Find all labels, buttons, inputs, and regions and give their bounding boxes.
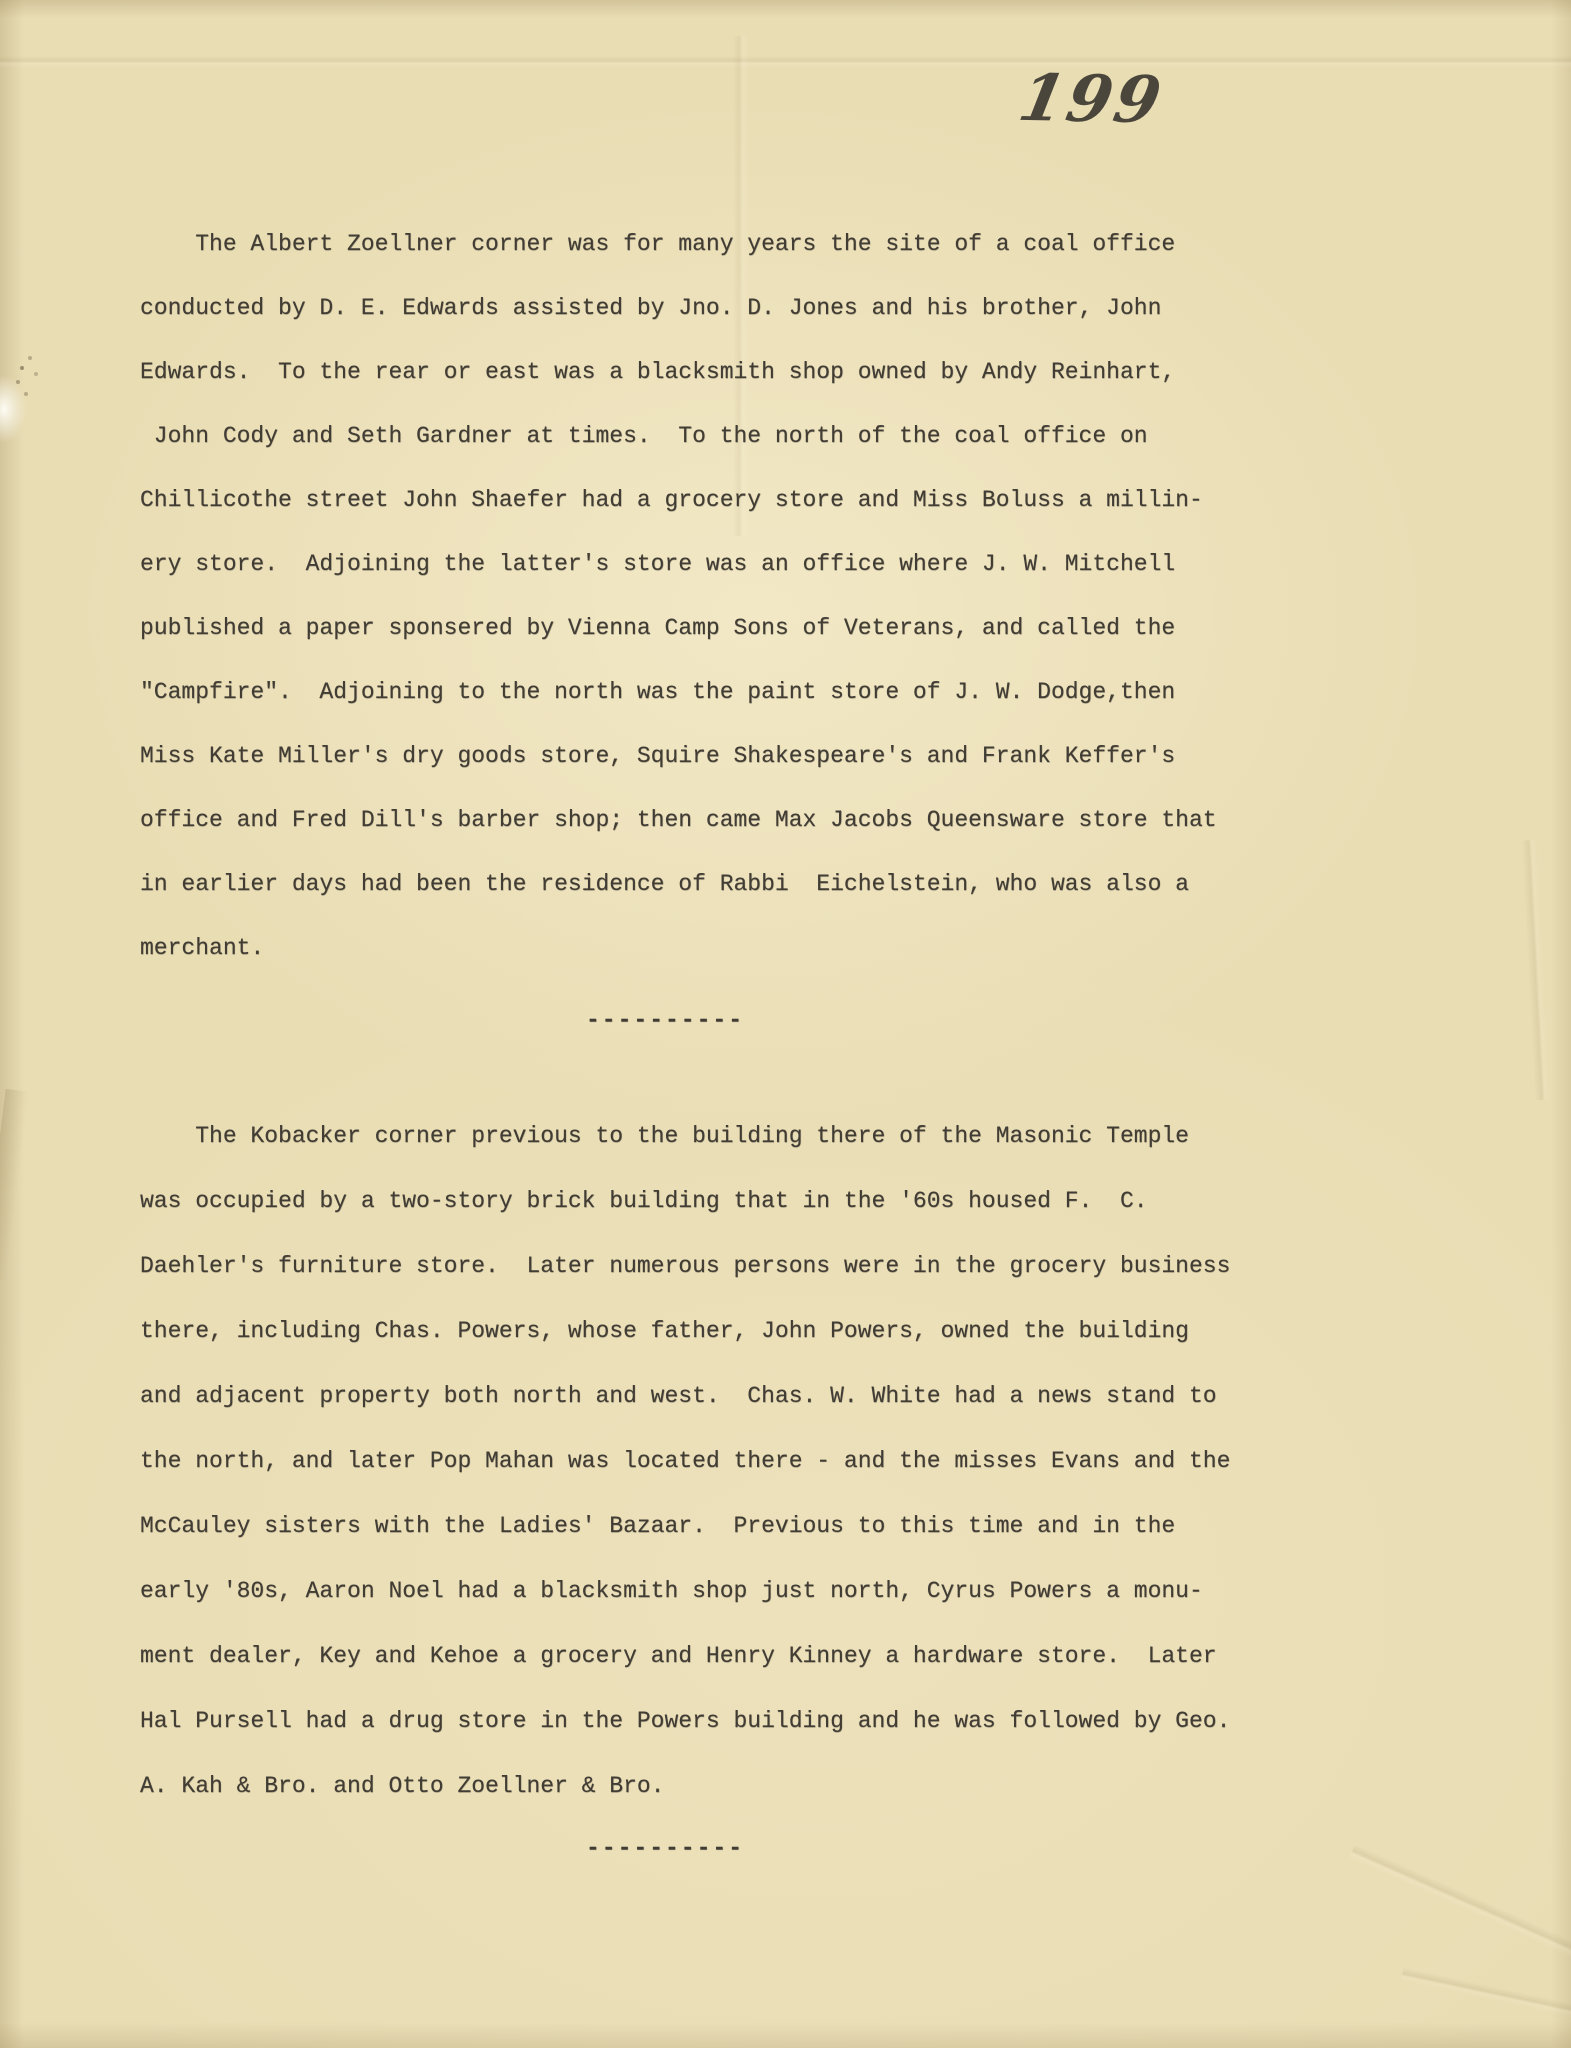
handwritten-page-number: 199 — [1013, 61, 1170, 138]
text-line: was occupied by a two-story brick buildi… — [140, 1169, 1260, 1234]
paragraph-kobacker-corner: The Kobacker corner previous to the buil… — [140, 1104, 1260, 1819]
text-line: Daehler's furniture store. Later numerou… — [140, 1234, 1260, 1299]
text-line: Hal Pursell had a drug store in the Powe… — [140, 1689, 1260, 1754]
paper-crease-bottom-right-2 — [1401, 1967, 1571, 2026]
text-line: John Cody and Seth Gardner at times. To … — [140, 404, 1260, 468]
text-line: ment dealer, Key and Kehoe a grocery and… — [140, 1624, 1260, 1689]
text-line: the north, and later Pop Mahan was locat… — [140, 1429, 1260, 1494]
text-line: there, including Chas. Powers, whose fat… — [140, 1299, 1260, 1364]
section-divider: ---------- — [115, 1828, 1215, 1868]
paragraph-albert-zoellner-corner: The Albert Zoellner corner was for many … — [140, 212, 1260, 980]
text-line: Edwards. To the rear or east was a black… — [140, 340, 1260, 404]
paper-crease-right — [1521, 840, 1551, 1100]
text-line: conducted by D. E. Edwards assisted by J… — [140, 276, 1260, 340]
text-line: Miss Kate Miller's dry goods store, Squi… — [140, 724, 1260, 788]
section-divider: ---------- — [115, 1000, 1215, 1040]
manuscript-page: 199 The Albert Zoellner corner was for m… — [0, 0, 1571, 2048]
paper-tear-left-edge — [0, 372, 28, 446]
text-line: "Campfire". Adjoining to the north was t… — [140, 660, 1260, 724]
text-line: A. Kah & Bro. and Otto Zoellner & Bro. — [140, 1754, 1260, 1819]
paper-crease-left — [0, 1089, 35, 1281]
text-line: published a paper sponsered by Vienna Ca… — [140, 596, 1260, 660]
text-line: and adjacent property both north and wes… — [140, 1364, 1260, 1429]
text-line: The Albert Zoellner corner was for many … — [140, 212, 1260, 276]
paper-crease-bottom-right — [1349, 1844, 1571, 1973]
text-line: The Kobacker corner previous to the buil… — [140, 1104, 1260, 1169]
paper-speckles — [20, 366, 24, 370]
text-line: in earlier days had been the residence o… — [140, 852, 1260, 916]
text-line: office and Fred Dill's barber shop; then… — [140, 788, 1260, 852]
text-line: ery store. Adjoining the latter's store … — [140, 532, 1260, 596]
text-line: Chillicothe street John Shaefer had a gr… — [140, 468, 1260, 532]
text-line: merchant. — [140, 916, 1260, 980]
text-line: McCauley sisters with the Ladies' Bazaar… — [140, 1494, 1260, 1559]
text-line: early '80s, Aaron Noel had a blacksmith … — [140, 1559, 1260, 1624]
paper-crease-top — [0, 56, 1571, 68]
